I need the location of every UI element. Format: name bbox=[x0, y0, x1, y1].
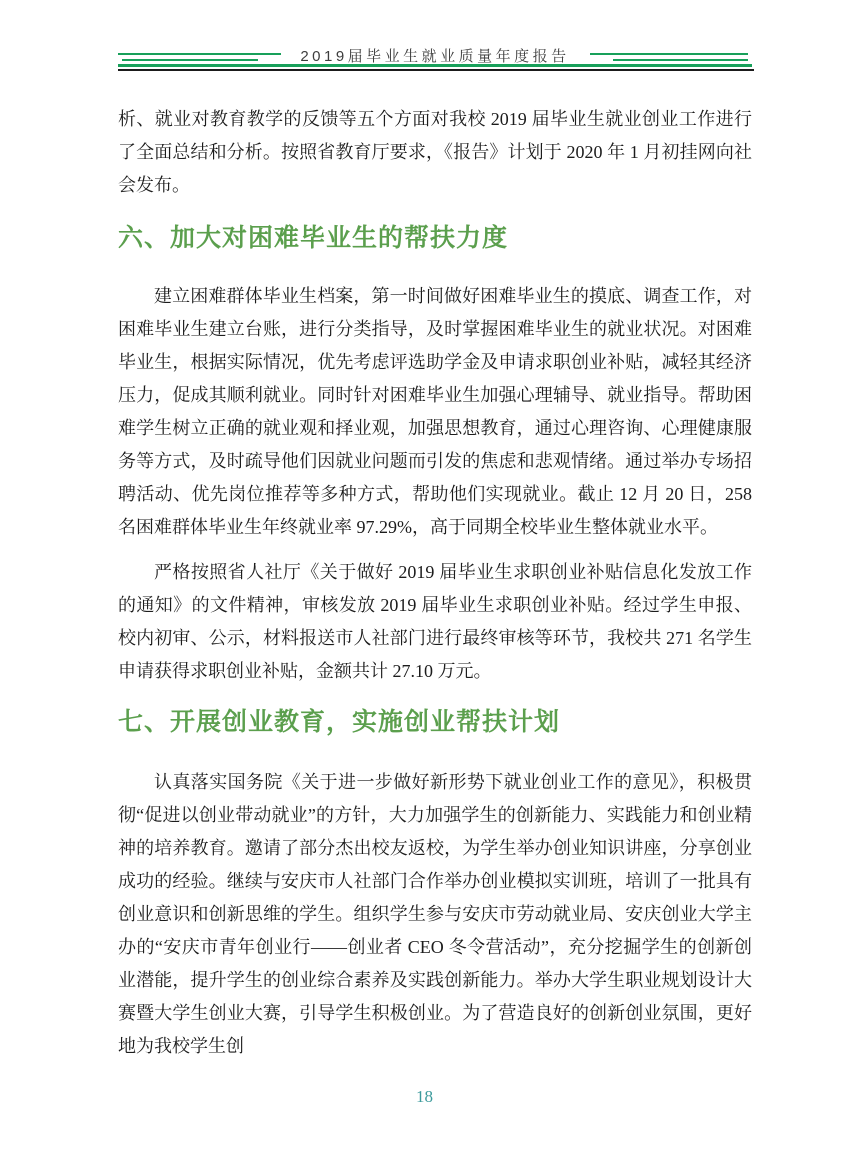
header-rule-black bbox=[118, 69, 754, 71]
body-paragraph-difficult-graduates: 建立困难群体毕业生档案，第一时间做好困难毕业生的摸底、调查工作，对困难毕业生建立… bbox=[118, 280, 752, 544]
header-rule-green bbox=[118, 64, 752, 67]
header-title: 2019届毕业生就业质量年度报告 bbox=[118, 45, 752, 66]
section-heading-seven: 七、开展创业教育，实施创业帮扶计划 bbox=[118, 707, 752, 737]
body-paragraph-entrepreneurship: 认真落实国务院《关于进一步做好新形势下就业创业工作的意见》，积极贯彻“促进以创业… bbox=[118, 766, 752, 1063]
body-paragraph-continuation: 析、就业对教育教学的反馈等五个方面对我校 2019 届毕业生就业创业工作进行了全… bbox=[118, 103, 752, 202]
report-page: 2019届毕业生就业质量年度报告 析、就业对教育教学的反馈等五个方面对我校 20… bbox=[0, 0, 849, 1152]
page-number: 18 bbox=[0, 1086, 849, 1108]
body-paragraph-subsidy: 严格按照省人社厅《关于做好 2019 届毕业生求职创业补贴信息化发放工作的通知》… bbox=[118, 556, 752, 688]
section-heading-six: 六、加大对困难毕业生的帮扶力度 bbox=[118, 223, 752, 253]
